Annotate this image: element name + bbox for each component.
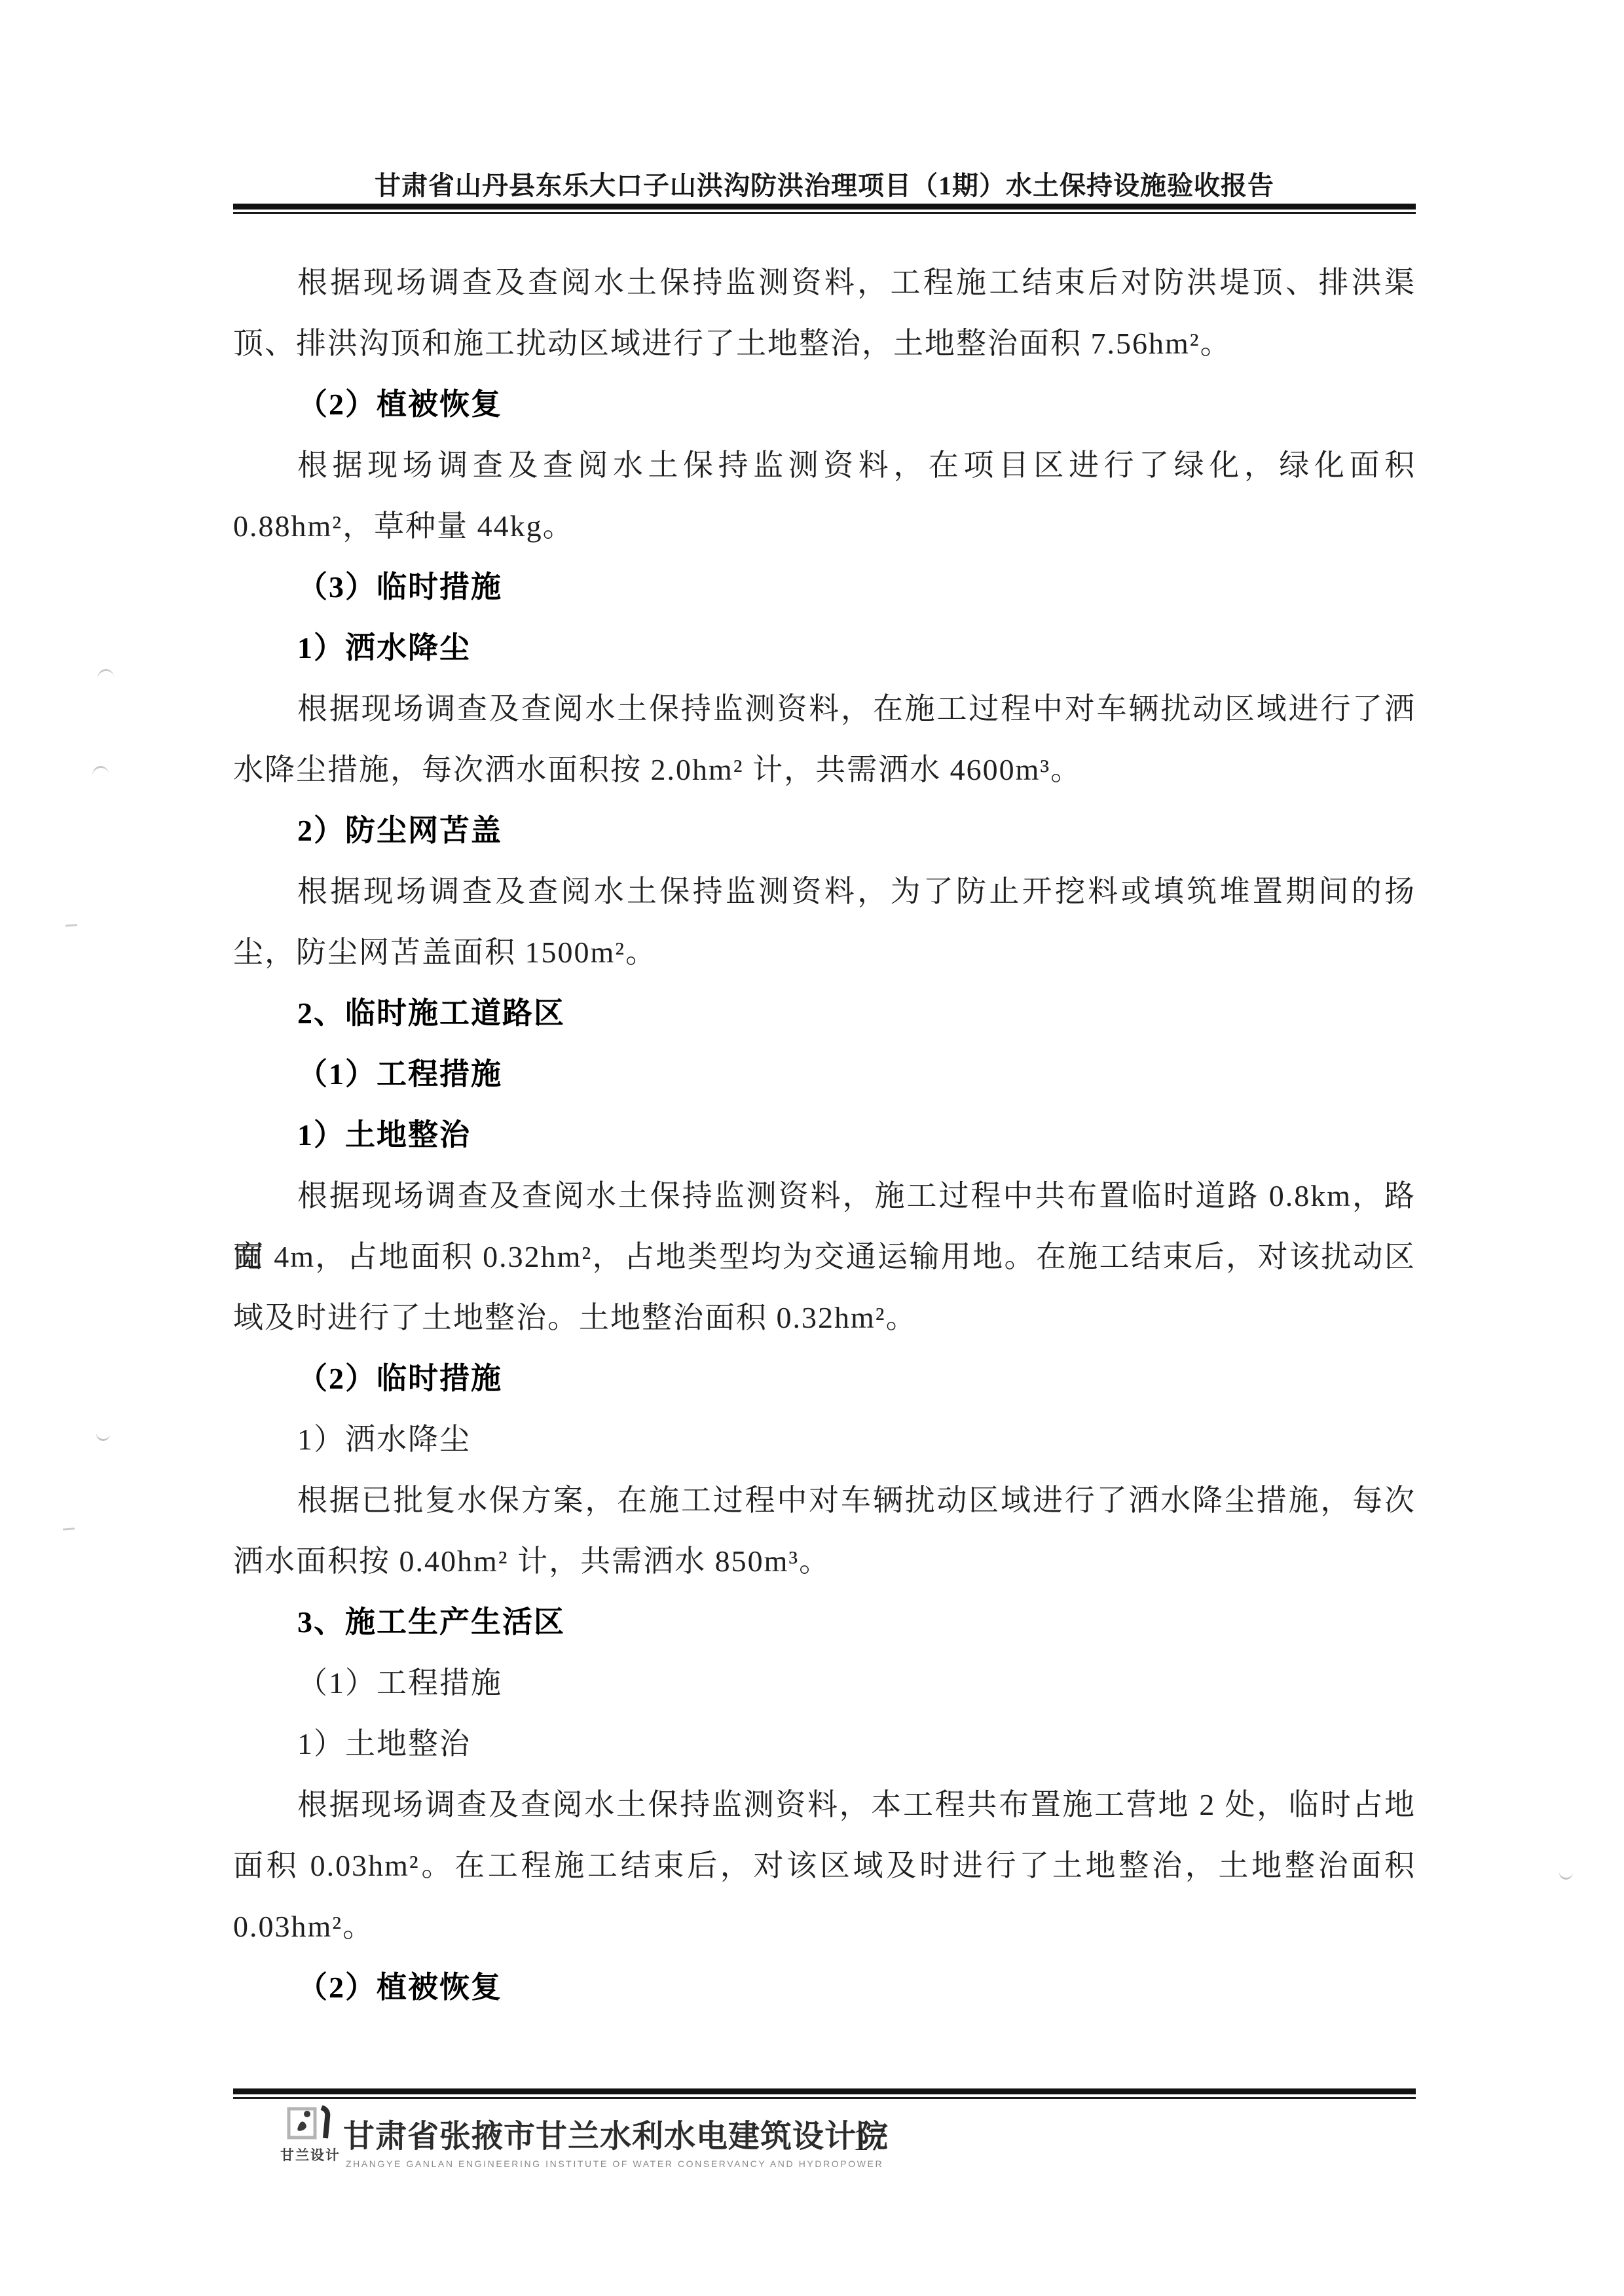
footer-rule-thick [233,2088,1416,2094]
ganlan-logo-icon [287,2105,334,2143]
body-line: 根据现场调查及查阅水土保持监测资料，施工过程中共布置临时道路 0.8km，路面 [233,1165,1416,1226]
body-line: 根据现场调查及查阅水土保持监测资料，在施工过程中对车辆扰动区域进行了洒 [233,678,1416,739]
body-line: 3、施工生产生活区 [233,1592,1416,1652]
company-name: 甘肃省张掖市甘兰水利水电建筑设计院 [343,2111,889,2156]
body-line: 根据现场调查及查阅水土保持监测资料，为了防止开挖料或填筑堆置期间的扬 [233,861,1416,922]
body-line: （1）工程措施 [233,1044,1416,1104]
body-line: 2、临时施工道路区 [233,983,1416,1044]
footer-rule-thin [233,2097,1416,2099]
body-line: 0.03hm²。 [233,1896,1416,1957]
body-line: 顶、排洪沟顶和施工扰动区域进行了土地整治，土地整治面积 7.56hm²。 [233,313,1416,374]
scan-artifact [95,1432,110,1442]
logo-caption: 甘兰设计 [280,2145,341,2164]
body-line: 1）土地整治 [233,1713,1416,1774]
scan-artifact [91,765,109,776]
body-line: 水降尘措施，每次洒水面积按 2.0hm² 计，共需洒水 4600m³。 [233,739,1416,800]
body-line: 尘，防尘网苫盖面积 1500m²。 [233,922,1416,983]
body-line: 1）洒水降尘 [233,1409,1416,1470]
report-page: 甘肃省山丹县东乐大口子山洪沟防洪治理项目（1期）水土保持设施验收报告 根据现场调… [0,0,1624,2296]
body-line: 根据现场调查及查阅水土保持监测资料，工程施工结束后对防洪堤顶、排洪渠 [233,252,1416,313]
body-line: （3）临时措施 [233,556,1416,617]
page-header-title: 甘肃省山丹县东乐大口子山洪沟防洪治理项目（1期）水土保持设施验收报告 [233,165,1416,202]
header-rule-thin [233,212,1416,214]
scan-artifact [63,1527,75,1530]
body-line: （1）工程措施 [233,1652,1416,1713]
company-name-english: ZHANGYE GANLAN ENGINEERING INSTITUTE OF … [346,2159,843,2169]
body-line: 0.88hm²，草种量 44kg。 [233,496,1416,556]
body-line: 根据已批复水保方案，在施工过程中对车辆扰动区域进行了洒水降尘措施，每次 [233,1470,1416,1531]
header-rule-thick [233,204,1416,210]
body-line: （2）植被恢复 [233,374,1416,435]
body-line: 洒水面积按 0.40hm² 计，共需洒水 850m³。 [233,1531,1416,1592]
body-line: 根据现场调查及查阅水土保持监测资料，在项目区进行了绿化，绿化面积 [233,435,1416,496]
body-line: 面积 0.03hm²。在工程施工结束后，对该区域及时进行了土地整治，土地整治面积 [233,1835,1416,1896]
body-line: （2）植被恢复 [233,1957,1416,2018]
page-number: 17 [853,2120,885,2158]
scan-artifact [65,924,77,926]
company-logo: 甘兰设计 [280,2105,341,2164]
body-line: （2）临时措施 [233,1348,1416,1409]
scan-artifact [1558,1870,1573,1880]
document-body: 根据现场调查及查阅水土保持监测资料，工程施工结束后对防洪堤顶、排洪渠顶、排洪沟顶… [233,252,1416,2018]
scan-artifact [96,668,115,680]
body-line: 2）防尘网苫盖 [233,800,1416,861]
body-line: 根据现场调查及查阅水土保持监测资料，本工程共布置施工营地 2 处，临时占地 [233,1774,1416,1835]
header-rule [233,204,1416,214]
body-line: 宽 4m，占地面积 0.32hm²，占地类型均为交通运输用地。在施工结束后，对该… [233,1226,1416,1287]
footer-rule [233,2088,1416,2099]
body-line: 1）洒水降尘 [233,617,1416,678]
body-line: 1）土地整治 [233,1104,1416,1165]
body-line: 域及时进行了土地整治。土地整治面积 0.32hm²。 [233,1287,1416,1348]
